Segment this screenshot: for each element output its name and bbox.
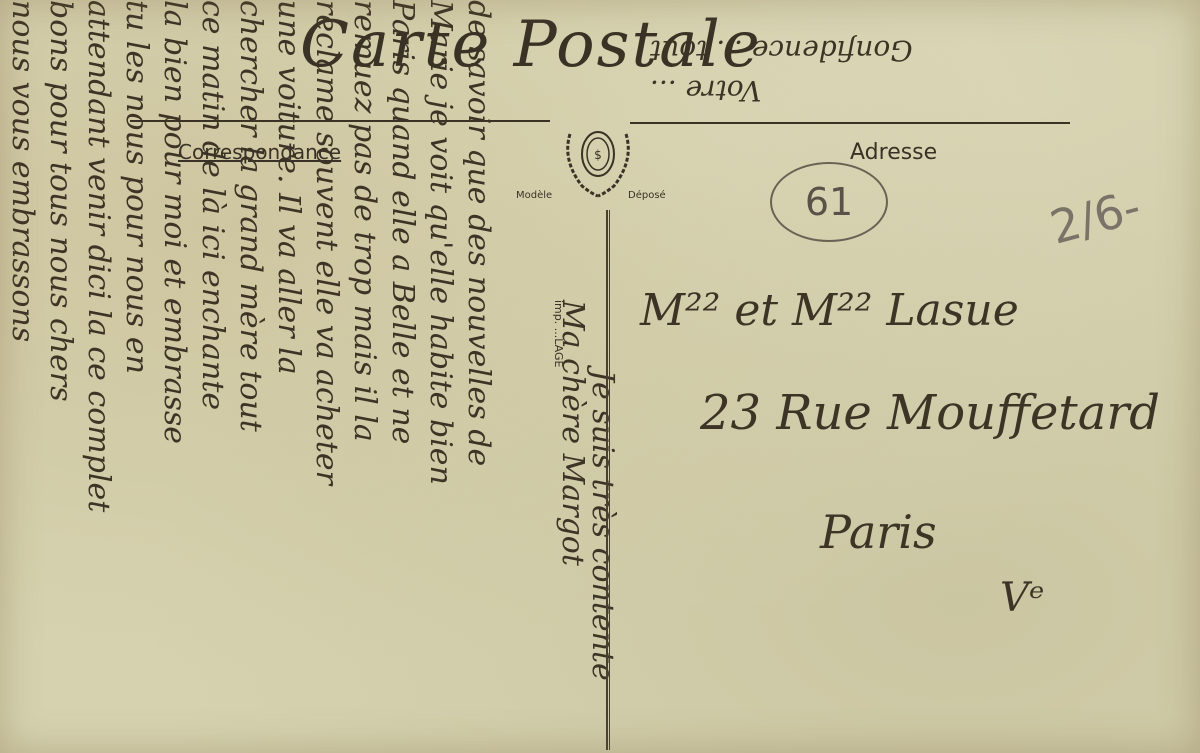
circled-number-text: 61 — [805, 180, 853, 224]
upside-note-line: Votre ... — [650, 70, 1110, 110]
upside-down-note: Votre ... Gonfidence ... tout — [650, 30, 1110, 110]
address-line-street: 23 Rue Mouffetard — [700, 385, 1160, 441]
emblem-right-label: Déposé — [628, 190, 666, 201]
message-line: Je suis très contente — [585, 370, 620, 681]
header-rule-left — [130, 120, 550, 122]
address-line-city: Paris — [820, 505, 937, 559]
svg-text:$: $ — [594, 148, 602, 162]
handwritten-message: nous vous embrassons bons pour tous nous… — [0, 0, 600, 753]
address-line-recipient: M²² et M²² Lasue — [640, 285, 1019, 336]
message-line: bons pour tous nous chers — [43, 0, 78, 402]
header-rule-right — [630, 122, 1070, 124]
message-line: tu les nous pour nous en — [119, 0, 154, 374]
message-line: la bien pour moi et embrasse — [157, 0, 192, 444]
address-label: Adresse — [850, 140, 937, 165]
pencil-note: 2/6- — [1045, 179, 1147, 255]
message-line: chercher la grand mère tout — [233, 0, 268, 432]
message-line: nous vous embrassons — [5, 0, 40, 342]
message-line: ce matin de là ici enchante — [195, 0, 230, 410]
message-line: attendant venir dici la ce complet — [81, 0, 116, 512]
emblem-left-label: Modèle — [516, 190, 552, 201]
upside-note-line: Gonfidence ... tout — [650, 30, 1110, 70]
correspondence-label: Correspondance — [178, 140, 341, 164]
address-line-arrondissement: Vᵉ — [1000, 575, 1044, 621]
printer-mark: imp. ...LAGE — [552, 300, 565, 367]
center-divider — [606, 210, 610, 750]
postcard-back: nous vous embrassons bons pour tous nous… — [0, 0, 1200, 753]
circled-number: 61 — [770, 162, 888, 242]
